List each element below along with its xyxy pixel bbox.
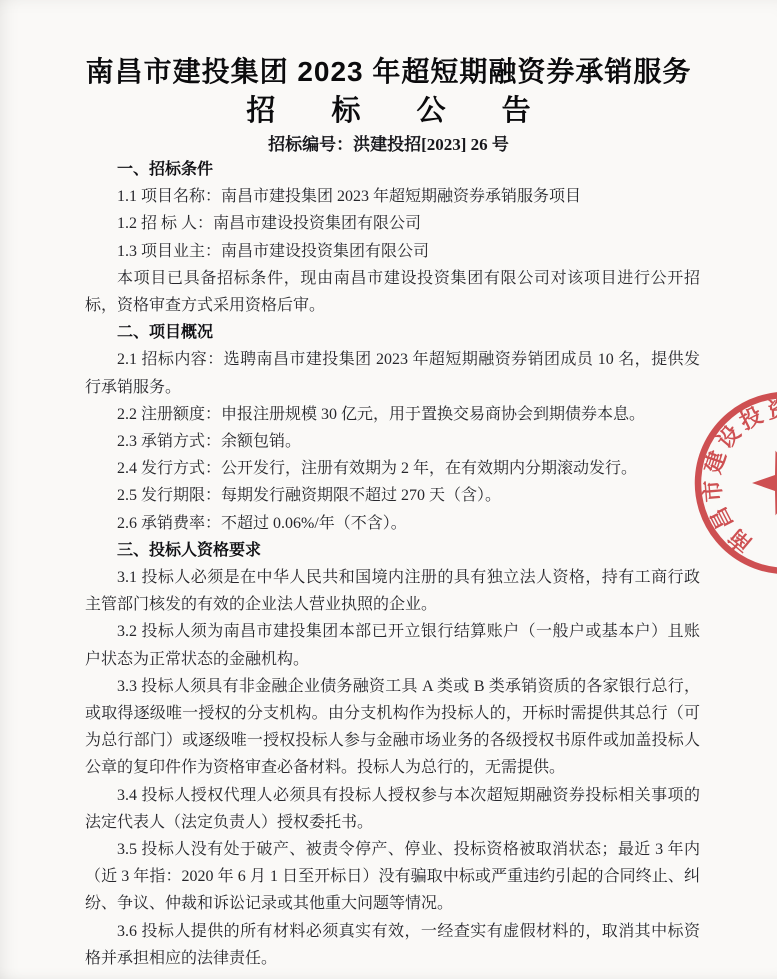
item-2-2: 2.2 注册额度：申报注册规模 30 亿元，用于置换交易商协会到期债券本息。 [85,401,700,428]
item-3-4: 3.4 投标人授权代理人必须具有投标人授权参与本次超短期融资券投标相关事项的法定… [85,782,700,836]
item-3-5: 3.5 投标人没有处于破产、被责令停产、停业、投标资格被取消状态；最近 3 年内… [85,836,700,918]
item-2-3: 2.3 承销方式：余额包销。 [85,428,700,455]
item-2-5: 2.5 发行期限：每期发行融资期限不超过 270 天（含）。 [85,482,700,509]
item-1-2: 1.2 招 标 人：南昌市建设投资集团有限公司 [85,210,700,237]
section-heading-1: 一、招标条件 [85,156,700,183]
item-3-2: 3.2 投标人须为南昌市建投集团本部已开立银行结算账户（一般户或基本户）且账户状… [85,618,700,672]
item-1-1: 1.1 项目名称：南昌市建投集团 2023 年超短期融资券承销服务项目 [85,183,700,210]
item-1-3: 1.3 项目业主：南昌市建设投资集团有限公司 [85,238,700,265]
item-3-1: 3.1 投标人必须是在中华人民共和国境内注册的具有独立法人资格，持有工商行政主管… [85,564,700,618]
item-3-6: 3.6 投标人提供的所有材料必须真实有效，一经查实有虚假材料的，取消其中标资格并… [85,918,700,972]
document-body: 一、招标条件 1.1 项目名称：南昌市建投集团 2023 年超短期融资券承销服务… [85,156,700,972]
tender-number: 招标编号：洪建投招[2023] 26 号 [0,130,777,155]
intro-paragraph: 本项目已具备招标条件，现由南昌市建设投资集团有限公司对该项目进行公开招标，资格审… [85,265,700,319]
section-heading-3: 三、投标人资格要求 [85,537,700,564]
item-3-3: 3.3 投标人须具有非金融企业债务融资工具 A 类或 B 类承销资质的各家银行总… [85,673,700,782]
scanned-document-page: 南昌市建投集团 2023 年超短期融资券承销服务 招 标 公 告 招标编号：洪建… [0,0,777,979]
document-title-line2: 招 标 公 告 [0,88,777,129]
star-icon [745,441,777,519]
item-2-4: 2.4 发行方式：公开发行，注册有效期为 2 年，在有效期内分期滚动发行。 [85,455,700,482]
section-heading-2: 二、项目概况 [85,319,700,346]
item-2-1: 2.1 招标内容：选聘南昌市建投集团 2023 年超短期融资券销团成员 10 名… [85,346,700,400]
document-title-line1: 南昌市建投集团 2023 年超短期融资券承销服务 [0,50,777,90]
item-2-6: 2.6 承销费率：不超过 0.06%/年（不含）。 [85,510,700,537]
